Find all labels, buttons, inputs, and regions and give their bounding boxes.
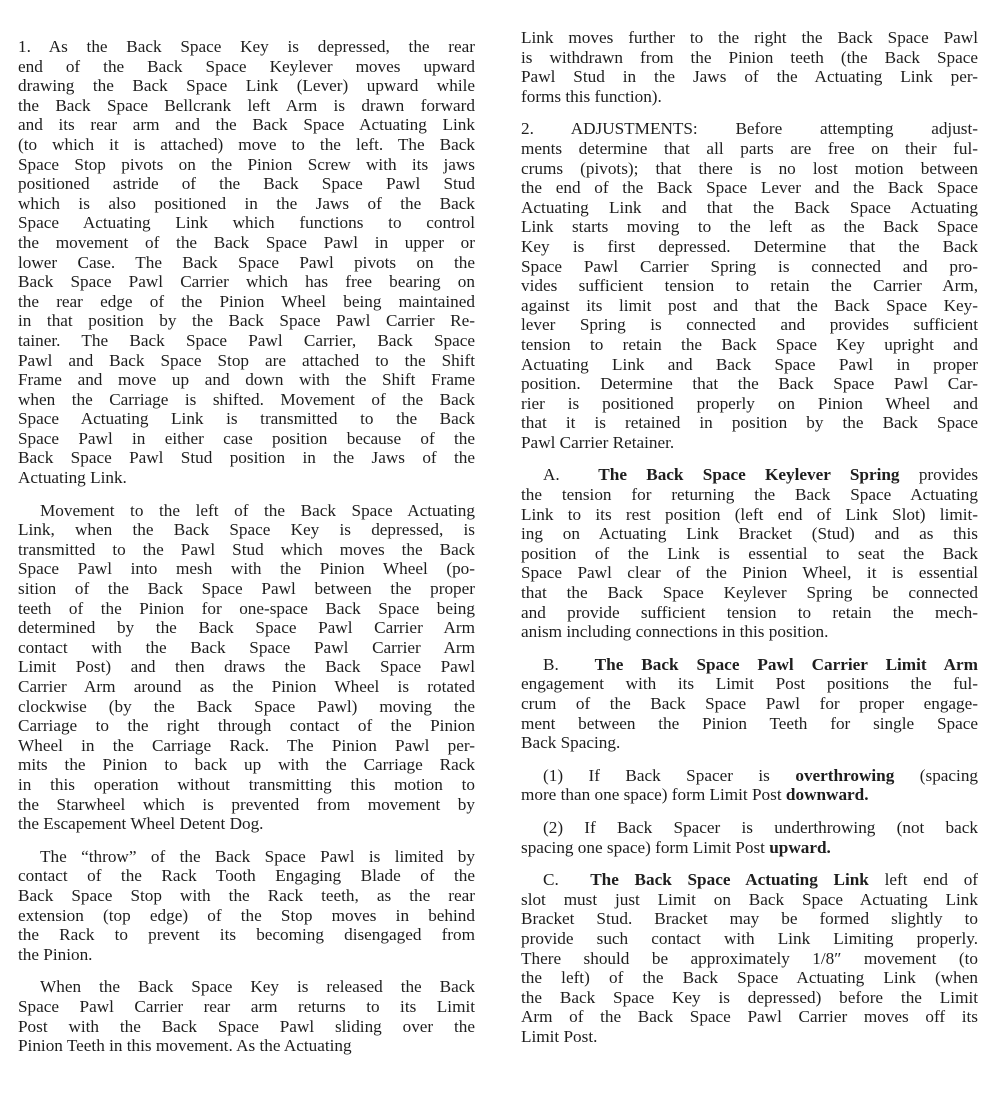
text-line: positioned astride of the Back Space Paw… (18, 174, 475, 194)
paragraph-c-actuating-link: C. The Back Space Actuating Link left en… (521, 870, 978, 1046)
text-line: Actuating Link. (18, 468, 475, 488)
paragraph-b-limit-arm: B. The Back Space Pawl Carrier Limit Arm… (521, 655, 978, 753)
text-line: more than one space) form Limit Post dow… (521, 785, 978, 805)
text-line: tainer. The Back Space Pawl Carrier, Bac… (18, 331, 475, 351)
text-line: the Rack to prevent its becoming disenga… (18, 925, 475, 945)
text-line: ments determine that all parts are free … (521, 139, 978, 159)
text-line: the tension for returning the Back Space… (521, 485, 978, 505)
text-line: ing on Actuating Link Bracket (Stud) and… (521, 524, 978, 544)
text-line: Carrier Arm around as the Pinion Wheel i… (18, 677, 475, 697)
text-line: clockwise (by the Back Space Pawl) movin… (18, 697, 475, 717)
text-line: Arm of the Back Space Pawl Carrier moves… (521, 1007, 978, 1027)
text-line: crum of the Back Space Pawl for proper e… (521, 694, 978, 714)
text-line: the rear edge of the Pinion Wheel being … (18, 292, 475, 312)
text-line: which is also positioned in the Jaws of … (18, 194, 475, 214)
text-line: rier is positioned properly on Pinion Wh… (521, 394, 978, 414)
text-line: contact with the Back Space Pawl Carrier… (18, 638, 475, 658)
text-line: and its rear arm and the Back Space Actu… (18, 115, 475, 135)
text-line: that it is retained in position by the B… (521, 413, 978, 433)
text-line: Frame and move up and down with the Shif… (18, 370, 475, 390)
text-line: lever Spring is connected and provides s… (521, 315, 978, 335)
text-line: Back Space Pawl Stud position in the Jaw… (18, 448, 475, 468)
text-line: Actuating Link and Back Space Pawl in pr… (521, 355, 978, 375)
text-line: the end of the Back Space Lever and the … (521, 178, 978, 198)
text: more than one space) form Limit Post (521, 785, 782, 804)
text-line: Space Pawl into mesh with the Pinion Whe… (18, 559, 475, 579)
paragraph-1-operation: 1. As the Back Space Key is depressed, t… (18, 37, 475, 488)
text-line: slot must just Limit on Back Space Actua… (521, 890, 978, 910)
text-line: Space Actuating Link which functions to … (18, 213, 475, 233)
text-line: tension to retain the Back Space Key upr… (521, 335, 978, 355)
text-line: in this operation without transmitting t… (18, 775, 475, 795)
text: (1) If Back Spacer is (543, 766, 770, 785)
text-line: Pawl Carrier Retainer. (521, 433, 978, 453)
text-line: anism including connections in this posi… (521, 622, 978, 642)
emphasis: downward. (786, 785, 869, 804)
paragraph-continuation: Link moves further to the right the Back… (521, 28, 978, 106)
text-line: Limit Post) and then draws the Back Spac… (18, 657, 475, 677)
paragraph-a-keylever-spring: A. The Back Space Keylever Spring provid… (521, 465, 978, 641)
text-line: that the Back Space Keylever Spring be c… (521, 583, 978, 603)
emphasis: overthrowing (795, 766, 894, 785)
heading-line: A. The Back Space Keylever Spring provid… (521, 465, 978, 485)
text-line: Post with the Back Space Pawl sliding ov… (18, 1017, 475, 1037)
item-heading: The Back Space Pawl Carrier Limit Arm (595, 655, 978, 674)
text-line: Space Stop pivots on the Pinion Screw wi… (18, 155, 475, 175)
text-line: vides sufficient tension to retain the C… (521, 276, 978, 296)
text-line: Key is first depressed. Determine that t… (521, 237, 978, 257)
text-line: When the Back Space Key is released the … (18, 977, 475, 997)
text-line: contact of the Rack Tooth Engaging Blade… (18, 866, 475, 886)
text-line: position. Determine that the Back Space … (521, 374, 978, 394)
text-line: Movement to the left of the Back Space A… (18, 501, 475, 521)
paragraph-b1-overthrowing: (1) If Back Spacer is overthrowing (spac… (521, 766, 978, 805)
item-label: A. (543, 465, 560, 484)
text-line: teeth of the Pinion for one-space Back S… (18, 599, 475, 619)
text-line: Back Space Pawl Carrier which has free b… (18, 272, 475, 292)
text-line: the Starwheel which is prevented from mo… (18, 795, 475, 815)
text-line: Actuating Link and that the Back Space A… (521, 198, 978, 218)
text-line: in that position by the Back Space Pawl … (18, 311, 475, 331)
emphasis: upward. (769, 838, 831, 857)
paragraph-adjustments: 2. ADJUSTMENTS: Before attempting adjust… (521, 119, 978, 452)
left-column: 1. As the Back Space Key is depressed, t… (18, 37, 475, 1069)
text-line: (to which it is attached) move to the le… (18, 135, 475, 155)
text-line: and provide sufficient tension to retain… (521, 603, 978, 623)
paragraph-b2-underthrowing: (2) If Back Spacer is underthrowing (not… (521, 818, 978, 857)
text-line: Link moves further to the right the Back… (521, 28, 978, 48)
text-line: drawing the Back Space Link (Lever) upwa… (18, 76, 475, 96)
text-line: engagement with its Limit Post positions… (521, 674, 978, 694)
heading-rest: provides (919, 465, 978, 484)
text-line: Space Pawl in either case position becau… (18, 429, 475, 449)
text: spacing one space) form Limit Post (521, 838, 765, 857)
text-line: The “throw” of the Back Space Pawl is li… (18, 847, 475, 867)
text-line: Space Pawl clear of the Pinion Wheel, it… (521, 563, 978, 583)
text-line: Carriage to the right through contact of… (18, 716, 475, 736)
text-line: the movement of the Back Space Pawl in u… (18, 233, 475, 253)
text-line: Limit Post. (521, 1027, 978, 1047)
text-line: (1) If Back Spacer is overthrowing (spac… (521, 766, 978, 786)
heading-line: C. The Back Space Actuating Link left en… (521, 870, 978, 890)
text-line: determined by the Back Space Pawl Carrie… (18, 618, 475, 638)
text-line: sition of the Back Space Pawl between th… (18, 579, 475, 599)
text-line: Space Pawl Carrier Spring is connected a… (521, 257, 978, 277)
text-line: (2) If Back Spacer is underthrowing (not… (521, 818, 978, 838)
text-line: position of the Link is essential to sea… (521, 544, 978, 564)
text-line: the Escapement Wheel Detent Dog. (18, 814, 475, 834)
text-line: Pinion Teeth in this movement. As the Ac… (18, 1036, 475, 1056)
text-line: Pawl and Back Space Stop are attached to… (18, 351, 475, 371)
text-line: extension (top edge) of the Stop moves i… (18, 906, 475, 926)
text-line: Space Pawl Carrier rear arm returns to i… (18, 997, 475, 1017)
text-line: forms this function). (521, 87, 978, 107)
item-label: C. (543, 870, 559, 889)
text-line: Link, when the Back Space Key is depress… (18, 520, 475, 540)
text: (2) If Back Spacer is underthrowing (not… (543, 818, 978, 837)
text-line: Back Space Stop with the Rack teeth, as … (18, 886, 475, 906)
text-line: Wheel in the Carriage Rack. The Pinion P… (18, 736, 475, 756)
text-line: when the Carriage is shifted. Movement o… (18, 390, 475, 410)
paragraph-throw: The “throw” of the Back Space Pawl is li… (18, 847, 475, 965)
text-line: the Back Space Key is depressed) before … (521, 988, 978, 1008)
text-line: ment between the Pinion Teeth for single… (521, 714, 978, 734)
text-line: provide such contact with Link Limiting … (521, 929, 978, 949)
text-line: lower Case. The Back Space Pawl pivots o… (18, 253, 475, 273)
heading-line: B. The Back Space Pawl Carrier Limit Arm (521, 655, 978, 675)
text-line: the left) of the Back Space Actuating Li… (521, 968, 978, 988)
text-line: Space Actuating Link is transmitted to t… (18, 409, 475, 429)
text-line: the Pinion. (18, 945, 475, 965)
text-line: Bracket Stud. Bracket may be formed slig… (521, 909, 978, 929)
text-line: There should be approximately 1/8″ movem… (521, 949, 978, 969)
item-heading: The Back Space Actuating Link (590, 870, 869, 889)
paragraph-movement-left: Movement to the left of the Back Space A… (18, 501, 475, 834)
item-heading: The Back Space Keylever Spring (598, 465, 899, 484)
text-line: Pawl Stud in the Jaws of the Actuating L… (521, 67, 978, 87)
text-line: is withdrawn from the Pinion teeth (the … (521, 48, 978, 68)
text-line: end of the Back Space Keylever moves upw… (18, 57, 475, 77)
text-line: Link to its rest position (left end of L… (521, 505, 978, 525)
text-line: Back Spacing. (521, 733, 978, 753)
text-line: transmitted to the Pawl Stud which moves… (18, 540, 475, 560)
paragraph-key-released: When the Back Space Key is released the … (18, 977, 475, 1055)
text-line: against its limit post and that the Back… (521, 296, 978, 316)
item-label: B. (543, 655, 559, 674)
text-line: Link starts moving to the left as the Ba… (521, 217, 978, 237)
text: (spacing (920, 766, 978, 785)
text-line: 2. ADJUSTMENTS: Before attempting adjust… (521, 119, 978, 139)
text-line: 1. As the Back Space Key is depressed, t… (18, 37, 475, 57)
text-line: the Back Space Bellcrank left Arm is dra… (18, 96, 475, 116)
text-line: spacing one space) form Limit Post upwar… (521, 838, 978, 858)
right-column: Link moves further to the right the Back… (521, 28, 978, 1060)
heading-rest: left end of (885, 870, 978, 889)
text-line: crums (pivots); that there is no lost mo… (521, 159, 978, 179)
text-line: mits the Pinion to back up with the Carr… (18, 755, 475, 775)
